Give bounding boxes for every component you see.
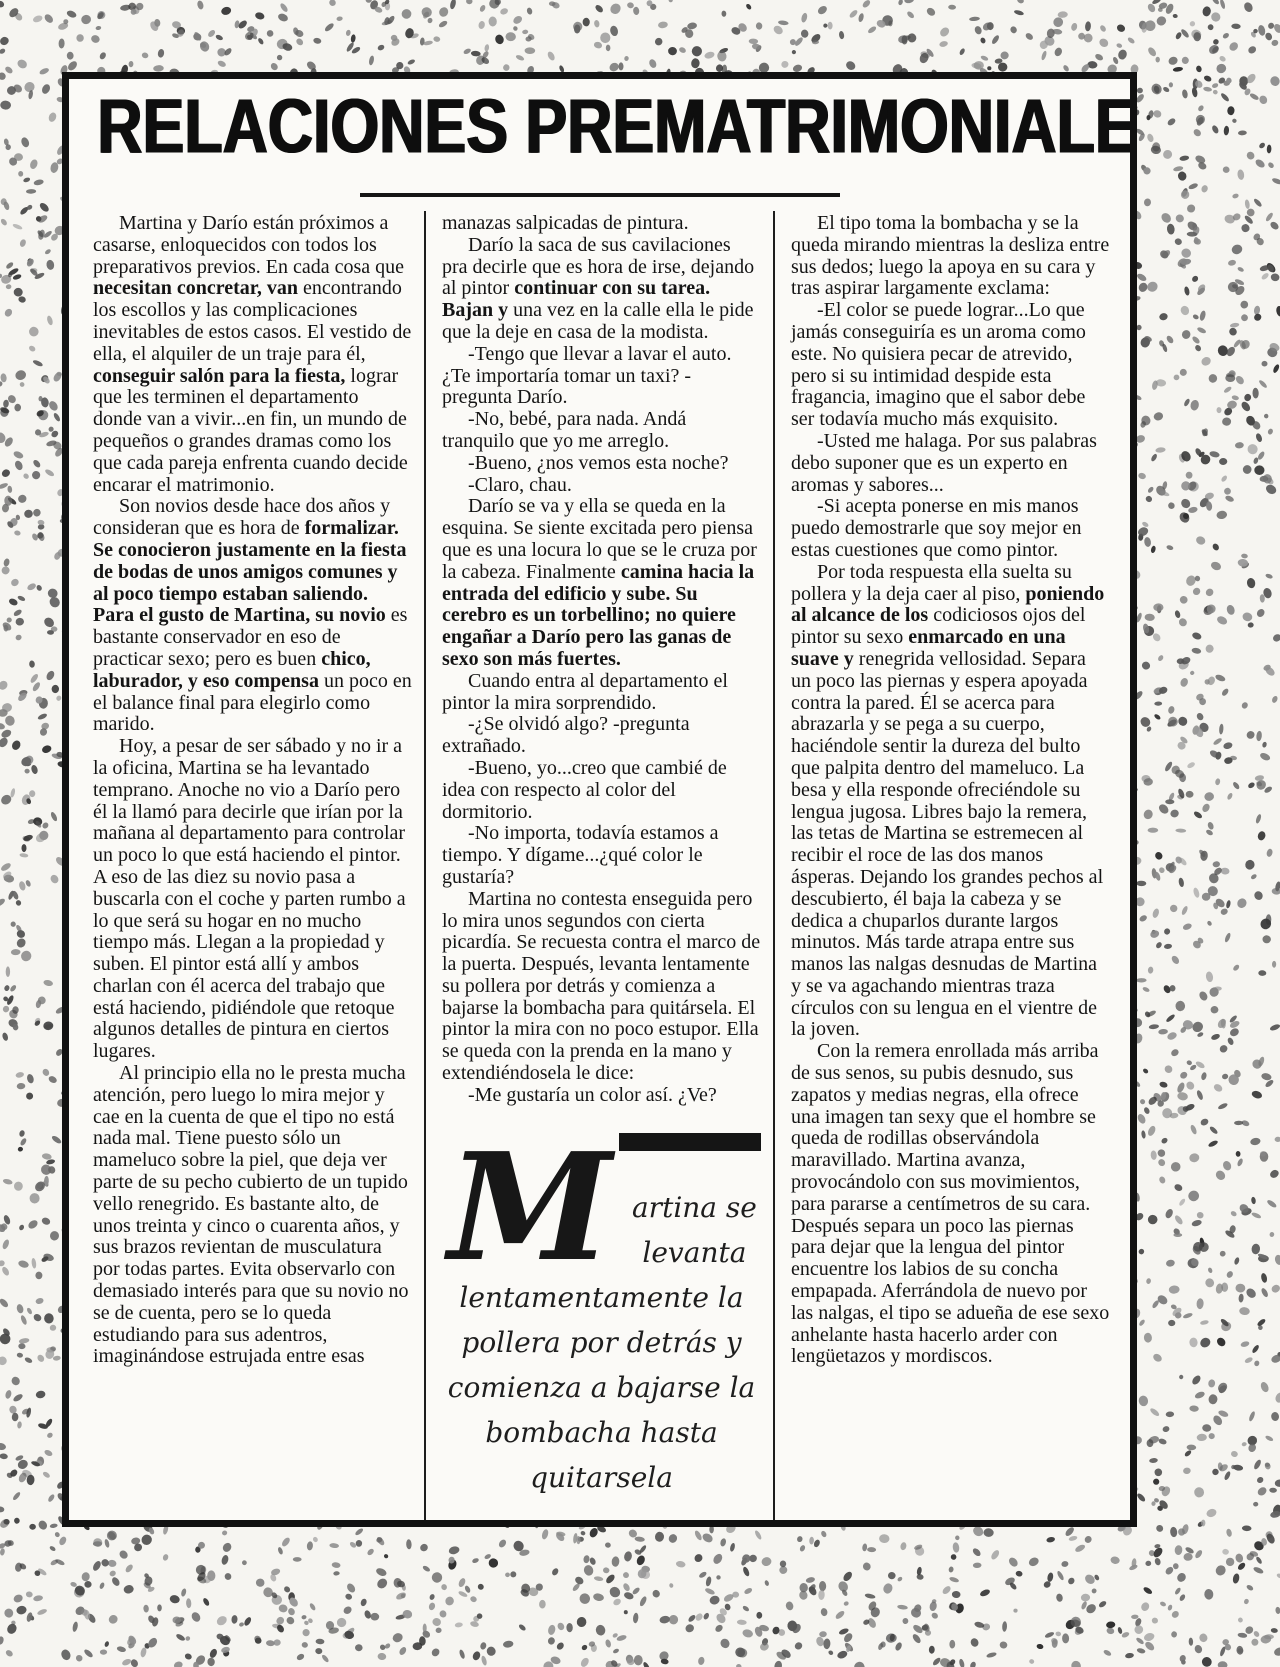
speckle-dot xyxy=(14,1182,23,1191)
speckle-dot xyxy=(12,1491,22,1501)
speckle-dot xyxy=(1085,21,1092,31)
speckle-dot xyxy=(16,58,29,70)
speckle-dot xyxy=(0,862,12,873)
speckle-dot xyxy=(916,1566,922,1575)
speckle-dot xyxy=(1198,1336,1212,1349)
speckle-dot xyxy=(1173,374,1180,381)
speckle-dot xyxy=(1247,1442,1257,1453)
speckle-dot xyxy=(15,899,22,906)
paragraph: -Bueno, ¿nos vemos esta noche? xyxy=(442,453,761,475)
speckle-dot xyxy=(1275,1479,1280,1487)
text-segment: Con la remera enrollada más arriba de su… xyxy=(791,1040,1109,1367)
speckle-dot xyxy=(619,62,624,70)
speckle-dot xyxy=(1055,1631,1061,1637)
speckle-dot xyxy=(186,1598,192,1608)
speckle-dot xyxy=(1194,1390,1206,1399)
speckle-dot xyxy=(1205,829,1214,837)
speckle-dot xyxy=(634,1536,645,1542)
speckle-dot xyxy=(1276,1573,1280,1580)
speckle-dot xyxy=(742,1566,751,1577)
speckle-dot xyxy=(470,1620,480,1627)
speckle-dot xyxy=(36,584,43,592)
speckle-dot xyxy=(843,1601,849,1607)
speckle-dot xyxy=(930,1611,939,1619)
speckle-dot xyxy=(1261,1072,1273,1081)
speckle-dot xyxy=(809,1537,814,1545)
speckle-dot xyxy=(1256,731,1262,742)
speckle-dot xyxy=(1270,1510,1280,1519)
speckle-dot xyxy=(1210,560,1223,571)
speckle-dot xyxy=(1207,23,1215,31)
speckle-dot xyxy=(938,26,951,39)
speckle-dot xyxy=(1070,1659,1083,1667)
speckle-dot xyxy=(1239,1307,1250,1316)
speckle-dot xyxy=(838,31,844,40)
speckle-dot xyxy=(858,13,865,23)
speckle-dot xyxy=(1165,335,1174,345)
speckle-dot xyxy=(54,1531,61,1538)
speckle-dot xyxy=(1201,428,1209,437)
speckle-dot xyxy=(1245,729,1256,740)
speckle-dot xyxy=(153,65,164,72)
speckle-dot xyxy=(0,1636,4,1646)
speckle-dot xyxy=(128,61,133,68)
speckle-dot xyxy=(1211,0,1220,5)
speckle-dot xyxy=(998,62,1008,71)
speckle-dot xyxy=(333,1571,340,1576)
speckle-dot xyxy=(1183,1467,1191,1474)
speckle-dot xyxy=(823,23,827,27)
speckle-dot xyxy=(737,1619,747,1625)
speckle-dot xyxy=(1245,1287,1258,1300)
speckle-dot xyxy=(27,1218,39,1230)
speckle-dot xyxy=(819,1581,826,1591)
speckle-dot xyxy=(1236,1158,1243,1167)
text-segment: Cuando entra al departamento el pintor l… xyxy=(442,670,728,714)
speckle-dot xyxy=(422,1565,431,1573)
speckle-dot xyxy=(1234,374,1245,385)
speckle-dot xyxy=(1269,1488,1277,1493)
text-segment: -Si acepta ponerse en mis manos puedo de… xyxy=(791,495,1081,561)
speckle-dot xyxy=(215,34,224,42)
speckle-dot xyxy=(888,1572,896,1580)
speckle-dot xyxy=(1160,211,1173,224)
speckle-dot xyxy=(1269,1023,1280,1032)
speckle-dot xyxy=(28,345,37,353)
speckle-dot xyxy=(704,51,716,60)
speckle-dot xyxy=(1250,873,1257,880)
speckle-dot xyxy=(1170,1610,1180,1620)
speckle-dot xyxy=(41,1153,52,1160)
speckle-dot xyxy=(80,14,91,25)
speckle-dot xyxy=(6,966,10,977)
speckle-dot xyxy=(91,1560,102,1572)
speckle-dot xyxy=(375,1577,389,1591)
speckle-dot xyxy=(593,41,603,49)
speckle-dot xyxy=(66,9,78,19)
speckle-dot xyxy=(1266,1199,1277,1209)
speckle-dot xyxy=(1155,941,1163,949)
speckle-dot xyxy=(1167,56,1178,67)
text-segment: necesitan concretar, van xyxy=(93,277,303,299)
speckle-dot xyxy=(1165,799,1174,804)
speckle-dot xyxy=(1258,142,1266,150)
speckle-dot xyxy=(709,1595,721,1606)
speckle-dot xyxy=(1267,22,1275,30)
speckle-dot xyxy=(17,1083,26,1090)
speckle-dot xyxy=(1200,1320,1209,1326)
speckle-dot xyxy=(1267,144,1272,153)
speckle-dot xyxy=(1150,545,1156,553)
speckle-dot xyxy=(370,1613,379,1621)
speckle-dot xyxy=(67,52,74,60)
speckle-dot xyxy=(109,1570,117,1578)
speckle-dot xyxy=(17,595,26,602)
speckle-dot xyxy=(1253,1502,1258,1507)
speckle-dot xyxy=(98,51,107,60)
speckle-dot xyxy=(46,315,54,326)
speckle-dot xyxy=(1252,388,1259,399)
speckle-dot xyxy=(30,764,38,775)
speckle-dot xyxy=(1223,1471,1231,1481)
speckle-dot xyxy=(24,1356,33,1364)
speckle-dot xyxy=(15,937,27,949)
speckle-dot xyxy=(1158,1176,1166,1185)
speckle-dot xyxy=(853,1661,865,1667)
speckle-dot xyxy=(366,0,372,3)
speckle-dot xyxy=(1204,1589,1214,1600)
speckle-dot xyxy=(603,1567,610,1574)
speckle-dot xyxy=(1159,1081,1168,1089)
speckle-dot xyxy=(1237,1617,1244,1624)
speckle-dot xyxy=(29,790,35,797)
speckle-dot xyxy=(84,1581,92,1588)
speckle-dot xyxy=(1272,961,1276,968)
speckle-dot xyxy=(265,29,274,38)
column-3: El tipo toma la bombacha y se la queda m… xyxy=(773,211,1122,1527)
speckle-dot xyxy=(41,744,53,754)
speckle-dot xyxy=(1222,166,1230,174)
speckle-dot xyxy=(583,1564,595,1577)
speckle-dot xyxy=(1200,1655,1214,1667)
speckle-dot xyxy=(1226,792,1233,800)
speckle-dot xyxy=(1192,887,1200,898)
speckle-dot xyxy=(25,257,35,267)
speckle-dot xyxy=(279,2,289,13)
speckle-dot xyxy=(1189,1153,1200,1164)
speckle-dot xyxy=(15,617,24,626)
speckle-dot xyxy=(1253,890,1265,902)
paragraph: -Usted me halaga. Por sus palabras debo … xyxy=(791,431,1110,496)
speckle-dot xyxy=(987,66,991,70)
speckle-dot xyxy=(551,1567,560,1576)
speckle-dot xyxy=(29,660,35,668)
speckle-dot xyxy=(1138,1319,1146,1327)
speckle-dot xyxy=(11,949,21,955)
speckle-dot xyxy=(1194,344,1202,353)
speckle-dot xyxy=(950,1553,958,1561)
speckle-dot xyxy=(1195,65,1202,73)
speckle-dot xyxy=(17,1421,22,1429)
speckle-dot xyxy=(1174,1214,1185,1226)
speckle-dot xyxy=(1247,45,1258,55)
speckle-dot xyxy=(1267,161,1275,169)
speckle-dot xyxy=(1189,20,1196,27)
speckle-dot xyxy=(1209,11,1222,24)
speckle-dot xyxy=(1174,610,1181,619)
speckle-dot xyxy=(1062,1633,1069,1643)
speckle-dot xyxy=(1208,1139,1219,1148)
speckle-dot xyxy=(9,984,17,992)
speckle-dot xyxy=(1057,11,1068,18)
speckle-dot xyxy=(1230,1450,1238,1458)
speckle-dot xyxy=(1220,474,1228,482)
speckle-dot xyxy=(1264,1462,1272,1470)
speckle-dot xyxy=(22,472,30,480)
pull-quote-top-bar xyxy=(619,1133,761,1151)
speckle-dot xyxy=(1225,604,1235,616)
speckle-dot xyxy=(1205,971,1214,983)
speckle-dot xyxy=(1237,169,1245,180)
speckle-dot xyxy=(1179,155,1189,161)
speckle-dot xyxy=(19,381,26,388)
speckle-dot xyxy=(438,1609,447,1619)
speckle-dot xyxy=(1206,675,1216,686)
speckle-dot xyxy=(1208,373,1218,383)
speckle-dot xyxy=(2,1178,13,1185)
speckle-dot xyxy=(1209,1125,1219,1135)
speckle-dot xyxy=(1190,399,1200,411)
speckle-dot xyxy=(1131,1614,1139,1619)
speckle-dot xyxy=(39,67,50,76)
speckle-dot xyxy=(1091,1587,1098,1594)
speckle-dot xyxy=(1009,25,1018,34)
speckle-dot xyxy=(667,1533,679,1545)
speckle-dot xyxy=(900,1542,907,1551)
speckle-dot xyxy=(1203,75,1212,83)
speckle-dot xyxy=(0,218,8,227)
speckle-dot xyxy=(653,36,664,47)
speckle-dot xyxy=(1149,1024,1160,1030)
speckle-dot xyxy=(952,1591,961,1599)
speckle-dot xyxy=(190,1611,202,1624)
paragraph: -No importa, todavía estamos a tiempo. Y… xyxy=(442,823,761,888)
speckle-dot xyxy=(1135,1637,1145,1646)
speckle-dot xyxy=(969,1661,977,1667)
speckle-dot xyxy=(32,14,43,23)
speckle-dot xyxy=(6,617,12,623)
speckle-dot xyxy=(466,0,473,5)
speckle-dot xyxy=(331,1562,340,1569)
paragraph: Darío la saca de sus cavilaciones pra de… xyxy=(442,235,761,344)
speckle-dot xyxy=(41,1068,50,1078)
speckle-dot xyxy=(116,1645,126,1652)
speckle-dot xyxy=(1044,1631,1055,1639)
speckle-dot xyxy=(1251,1090,1263,1100)
speckle-dot xyxy=(18,881,26,892)
speckle-dot xyxy=(398,1646,408,1656)
speckle-dot xyxy=(1271,177,1280,185)
speckle-dot xyxy=(1179,1070,1189,1079)
speckle-dot xyxy=(1232,118,1238,123)
speckle-dot xyxy=(484,44,490,52)
speckle-dot xyxy=(906,10,915,19)
speckle-dot xyxy=(1231,23,1241,29)
page-title: RELACIONES PREMATRIMONIALES xyxy=(97,89,1137,166)
speckle-dot xyxy=(756,1612,762,1619)
speckle-dot xyxy=(635,1554,646,1566)
speckle-dot xyxy=(929,1646,935,1654)
text-segment: -El color se puede lograr...Lo que jamás… xyxy=(791,299,1086,430)
speckle-dot xyxy=(622,1571,630,1579)
speckle-dot xyxy=(761,1556,773,1567)
speckle-dot xyxy=(377,1652,387,1660)
speckle-dot xyxy=(668,0,673,3)
speckle-dot xyxy=(1138,1248,1146,1256)
speckle-dot xyxy=(816,4,828,16)
speckle-dot xyxy=(642,1661,651,1667)
speckle-dot xyxy=(639,1595,648,1607)
speckle-dot xyxy=(0,48,6,55)
speckle-dot xyxy=(17,494,27,504)
speckle-dot xyxy=(277,1546,284,1555)
speckle-dot xyxy=(764,1580,770,1587)
speckle-dot xyxy=(1237,266,1245,273)
speckle-dot xyxy=(1152,1477,1161,1486)
speckle-dot xyxy=(687,1614,696,1623)
speckle-dot xyxy=(633,1612,639,1623)
speckle-dot xyxy=(312,1536,319,1543)
speckle-dot xyxy=(1229,1027,1241,1038)
speckle-dot xyxy=(526,7,533,15)
speckle-dot xyxy=(29,1524,36,1530)
speckle-dot xyxy=(1153,603,1163,611)
speckle-dot xyxy=(1173,66,1184,72)
speckle-dot xyxy=(623,1551,633,1563)
speckle-dot xyxy=(512,14,524,25)
speckle-dot xyxy=(1136,881,1146,887)
speckle-dot xyxy=(1269,1168,1280,1179)
speckle-dot xyxy=(231,1615,238,1624)
paragraph: Son novios desde hace dos años y conside… xyxy=(93,496,412,736)
speckle-dot xyxy=(1262,741,1268,748)
speckle-dot xyxy=(14,404,21,412)
speckle-dot xyxy=(1274,1391,1280,1404)
speckle-dot xyxy=(1160,1137,1168,1145)
speckle-dot xyxy=(336,16,343,21)
speckle-dot xyxy=(100,1558,110,1568)
speckle-dot xyxy=(756,22,763,30)
speckle-dot xyxy=(18,1224,25,1231)
speckle-dot xyxy=(1178,1198,1186,1207)
speckle-dot xyxy=(1158,1029,1168,1035)
speckle-dot xyxy=(1212,861,1220,868)
speckle-dot xyxy=(437,6,450,19)
speckle-dot xyxy=(1173,165,1184,172)
speckle-dot xyxy=(0,482,9,490)
speckle-dot xyxy=(1047,1572,1054,1582)
speckle-dot xyxy=(1199,310,1207,321)
speckle-dot xyxy=(13,1593,24,1603)
speckle-dot xyxy=(1148,966,1154,974)
speckle-dot xyxy=(1147,46,1158,58)
speckle-dot xyxy=(1223,486,1232,495)
speckle-dot xyxy=(791,50,796,55)
speckle-dot xyxy=(464,1585,472,1594)
speckle-dot xyxy=(1204,791,1215,801)
speckle-dot xyxy=(798,1590,809,1601)
speckle-dot xyxy=(499,7,509,16)
speckle-dot xyxy=(395,1591,407,1601)
speckle-dot xyxy=(47,587,59,599)
speckle-dot xyxy=(18,1147,24,1152)
speckle-dot xyxy=(1148,828,1159,833)
speckle-dot xyxy=(983,1528,994,1537)
speckle-dot xyxy=(862,1561,873,1572)
speckle-dot xyxy=(701,1532,714,1545)
speckle-dot xyxy=(1015,1570,1023,1577)
speckle-dot xyxy=(1271,695,1279,704)
speckle-dot xyxy=(1138,914,1148,923)
paragraph: Cuando entra al departamento el pintor l… xyxy=(442,671,761,715)
speckle-dot xyxy=(481,1655,488,1666)
speckle-dot xyxy=(1198,1633,1208,1644)
speckle-dot xyxy=(1257,24,1266,36)
speckle-dot xyxy=(1175,31,1183,40)
speckle-dot xyxy=(238,1622,244,1628)
speckle-dot xyxy=(624,56,629,62)
speckle-dot xyxy=(2,1005,11,1014)
speckle-dot xyxy=(0,1355,8,1366)
speckle-dot xyxy=(1146,1278,1152,1285)
speckle-dot xyxy=(1234,1121,1243,1126)
speckle-dot xyxy=(19,949,33,963)
speckle-dot xyxy=(1173,1563,1179,1570)
speckle-dot xyxy=(1237,1561,1247,1571)
speckle-dot xyxy=(1137,87,1143,93)
speckle-dot xyxy=(4,1389,12,1399)
speckle-dot xyxy=(1210,1033,1220,1041)
speckle-dot xyxy=(458,1649,465,1660)
speckle-dot xyxy=(400,8,412,20)
speckle-dot xyxy=(123,1584,135,1594)
speckle-dot xyxy=(1163,927,1171,935)
speckle-dot xyxy=(1180,329,1191,341)
speckle-dot xyxy=(1214,1169,1227,1182)
speckle-dot xyxy=(1195,712,1204,722)
speckle-dot xyxy=(1168,1320,1175,1326)
speckle-dot xyxy=(1144,613,1155,621)
speckle-dot xyxy=(1181,905,1189,916)
speckle-dot xyxy=(43,1021,54,1030)
speckle-dot xyxy=(1247,622,1254,628)
speckle-dot xyxy=(1269,75,1280,87)
speckle-dot xyxy=(1269,1232,1275,1238)
speckle-dot xyxy=(1260,1272,1268,1283)
speckle-dot xyxy=(53,412,62,422)
speckle-dot xyxy=(1152,1352,1164,1363)
speckle-dot xyxy=(283,1585,291,1593)
speckle-dot xyxy=(32,359,43,367)
speckle-dot xyxy=(606,45,611,52)
speckle-dot xyxy=(1056,1593,1064,1602)
article-frame: RELACIONES PREMATRIMONIALES Martina y Da… xyxy=(62,72,1137,1527)
speckle-dot xyxy=(1253,312,1263,322)
speckle-dot xyxy=(23,177,31,183)
speckle-dot xyxy=(26,189,36,194)
speckle-dot xyxy=(1157,1158,1167,1168)
speckle-dot xyxy=(124,1563,134,1573)
